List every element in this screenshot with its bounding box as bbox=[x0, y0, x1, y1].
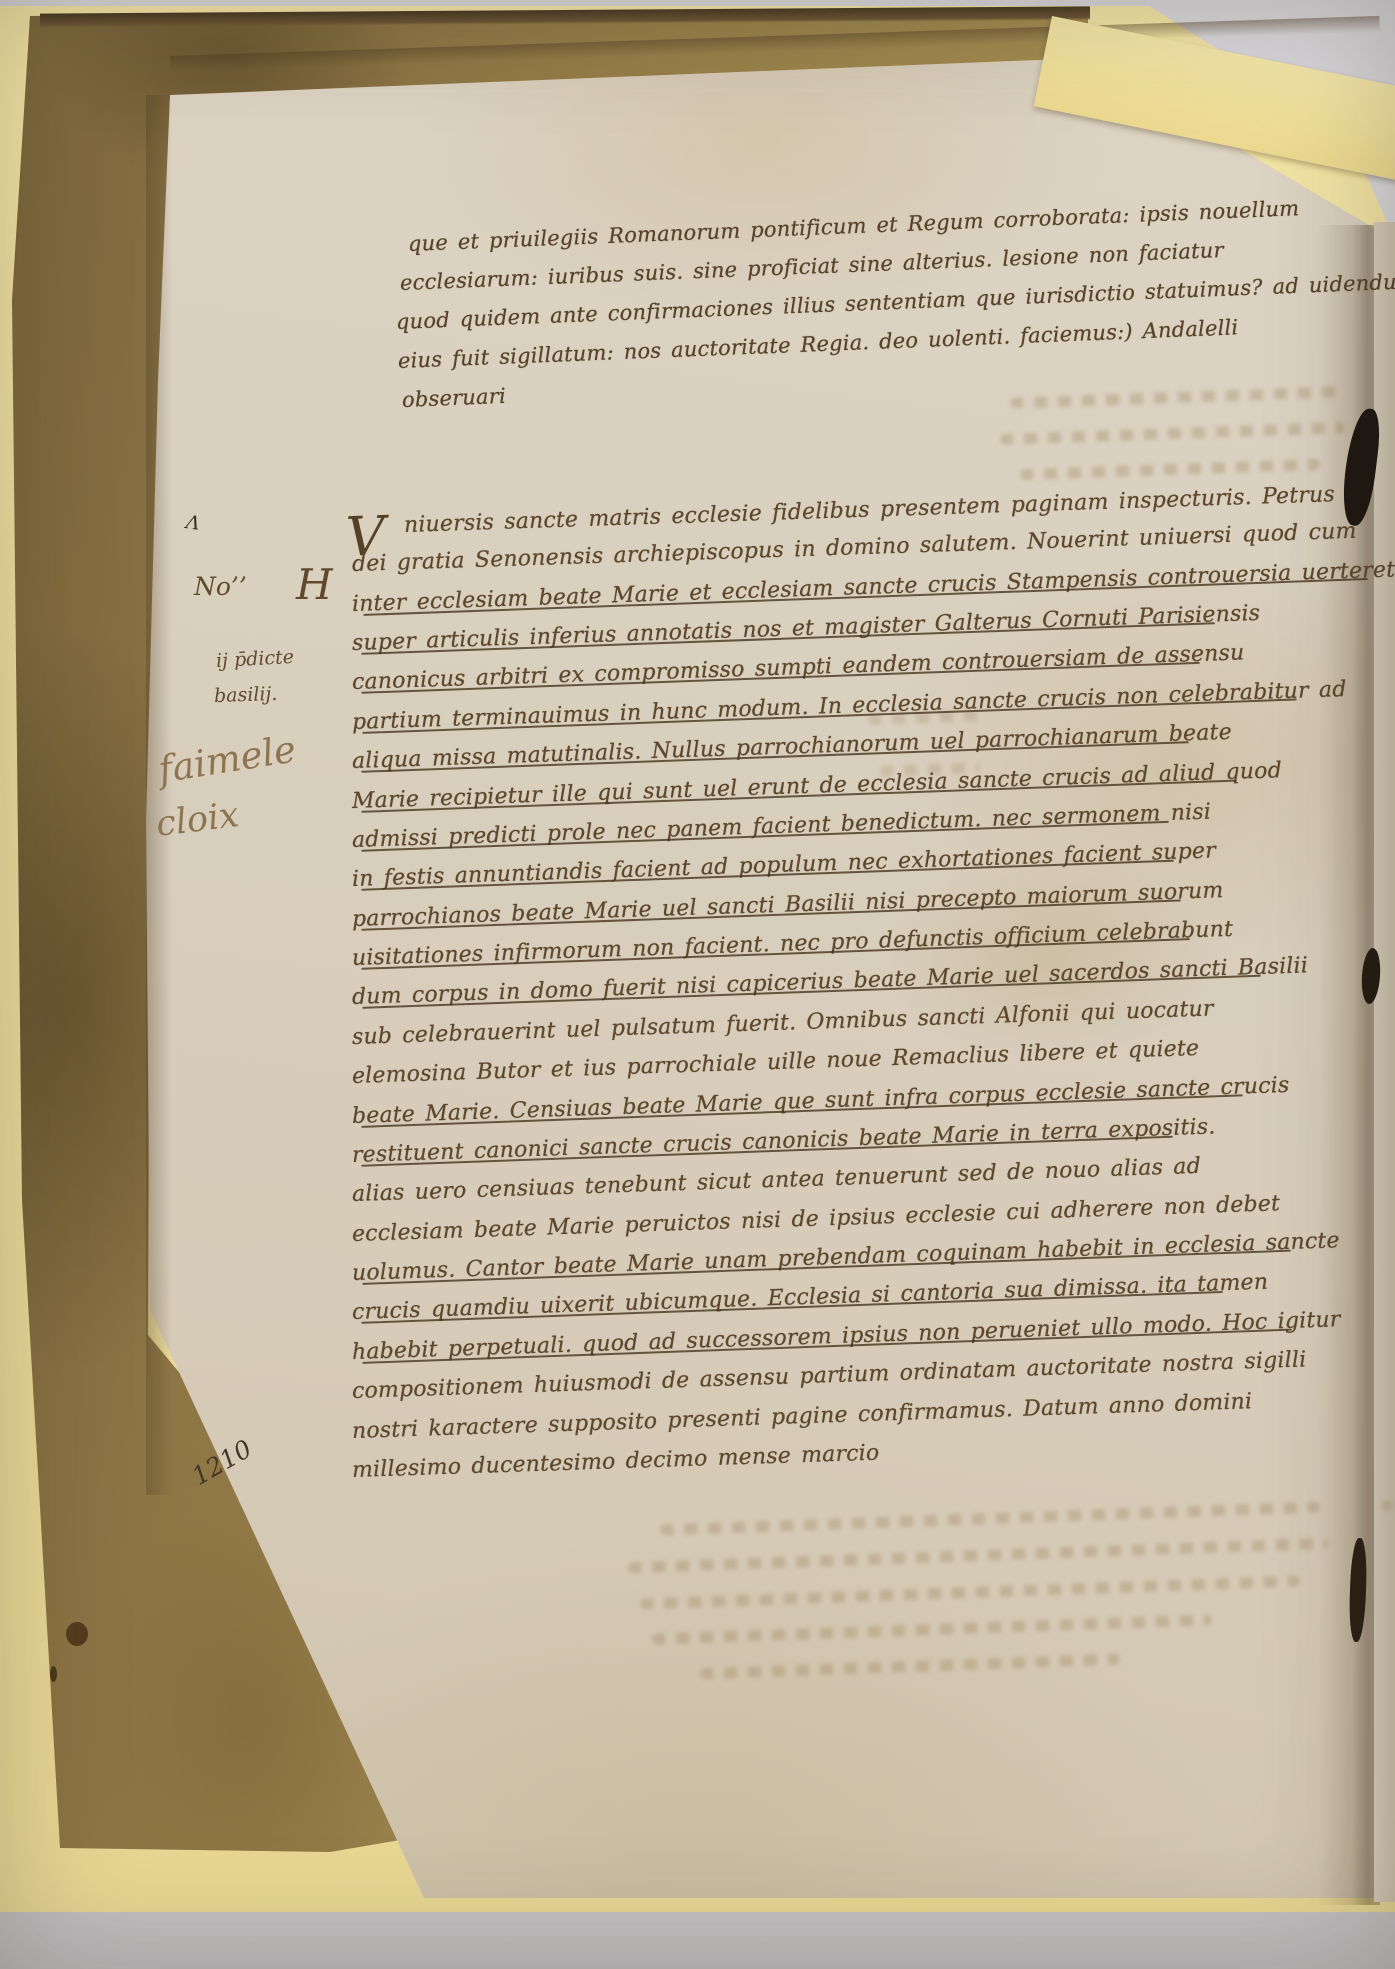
margin-paraph-h: H bbox=[296, 560, 333, 609]
margin-caret-mark: Λ bbox=[185, 511, 202, 535]
next-leaf-edge bbox=[1374, 222, 1395, 1902]
photo-scene: que et priuilegiis Romanorum pontificum … bbox=[0, 0, 1395, 1969]
margin-note-pdicte: ij p̄dicte bbox=[215, 646, 294, 672]
margin-note-basilij: basilij. bbox=[214, 683, 278, 707]
cover-stain-small bbox=[50, 1666, 57, 1682]
margin-nota-mark: No’’ bbox=[194, 572, 247, 601]
page-left-edge-shadow bbox=[146, 95, 172, 1495]
top-line-5: obseruari bbox=[402, 384, 507, 412]
cover-stain bbox=[66, 1622, 88, 1646]
